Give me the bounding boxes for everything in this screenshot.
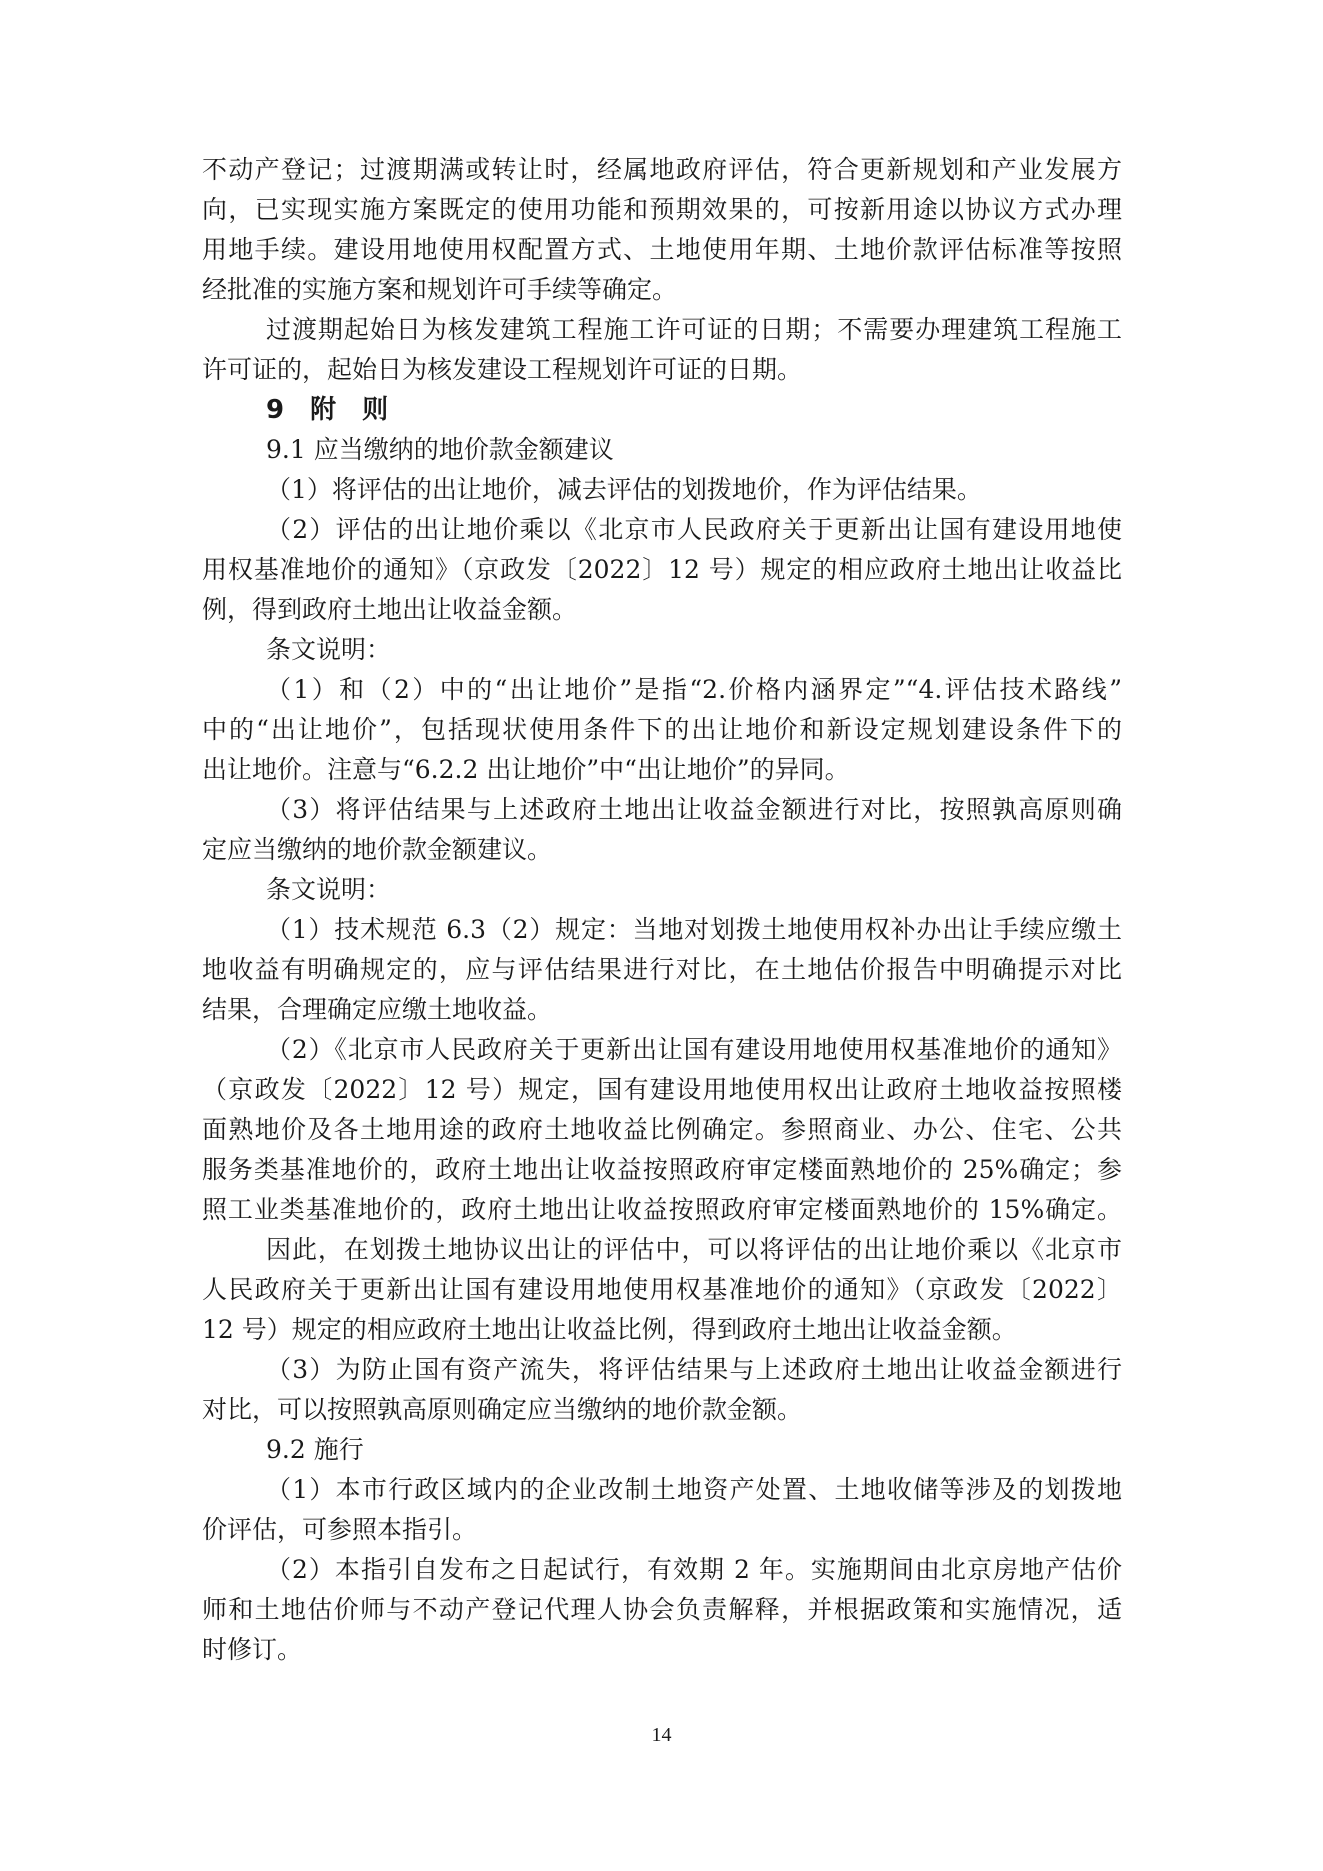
section-number: 9 bbox=[266, 395, 284, 425]
text-line: （1）将评估的出让地价，减去评估的划拨地价，作为评估结果。 bbox=[202, 470, 1122, 510]
text-line: 时修订。 bbox=[202, 1630, 1122, 1670]
text-line: 定应当缴纳的地价款金额建议。 bbox=[202, 830, 1122, 870]
text-line: 许可证的，起始日为核发建设工程规划许可证的日期。 bbox=[202, 350, 1122, 390]
text-line: 对比，可以按照孰高原则确定应当缴纳的地价款金额。 bbox=[202, 1390, 1122, 1430]
section-title-part1: 附 bbox=[310, 395, 336, 425]
text-line: （1）技术规范 6.3（2）规定：当地对划拨土地使用权补办出让手续应缴土 bbox=[202, 910, 1122, 950]
text-line: 过渡期起始日为核发建筑工程施工许可证的日期；不需要办理建筑工程施工 bbox=[202, 310, 1122, 350]
text-line: （2）《北京市人民政府关于更新出让国有建设用地使用权基准地价的通知》 bbox=[202, 1030, 1122, 1070]
subsection-heading: 9.2 施行 bbox=[202, 1430, 1122, 1470]
text-line: （1）本市行政区域内的企业改制土地资产处置、土地收储等涉及的划拨地 bbox=[202, 1470, 1122, 1510]
text-line: 师和土地估价师与不动产登记代理人协会负责解释，并根据政策和实施情况，适 bbox=[202, 1590, 1122, 1630]
text-line: 服务类基准地价的，政府土地出让收益按照政府审定楼面熟地价的 25%确定；参 bbox=[202, 1150, 1122, 1190]
text-line: （2）评估的出让地价乘以《北京市人民政府关于更新出让国有建设用地使 bbox=[202, 510, 1122, 550]
text-line: 用权基准地价的通知》（京政发〔2022〕12 号）规定的相应政府土地出让收益比 bbox=[202, 550, 1122, 590]
text-line: 经批准的实施方案和规划许可手续等确定。 bbox=[202, 270, 1122, 310]
text-line: 结果，合理确定应缴土地收益。 bbox=[202, 990, 1122, 1030]
document-body: 不动产登记；过渡期满或转让时，经属地政府评估，符合更新规划和产业发展方 向，已实… bbox=[202, 150, 1122, 1670]
text-line: 地收益有明确规定的，应与评估结果进行对比，在土地估价报告中明确提示对比 bbox=[202, 950, 1122, 990]
text-line: 例，得到政府土地出让收益金额。 bbox=[202, 590, 1122, 630]
page-number: 14 bbox=[0, 1724, 1323, 1747]
note-label: 条文说明： bbox=[202, 630, 1122, 670]
text-line: 价评估，可参照本指引。 bbox=[202, 1510, 1122, 1550]
text-line: 面熟地价及各土地用途的政府土地收益比例确定。参照商业、办公、住宅、公共 bbox=[202, 1110, 1122, 1150]
text-line: 人民政府关于更新出让国有建设用地使用权基准地价的通知》（京政发〔2022〕 bbox=[202, 1270, 1122, 1310]
text-line: （3）为防止国有资产流失，将评估结果与上述政府土地出让收益金额进行 bbox=[202, 1350, 1122, 1390]
text-line: 中的“出让地价”，包括现状使用条件下的出让地价和新设定规划建设条件下的 bbox=[202, 710, 1122, 750]
note-label: 条文说明： bbox=[202, 870, 1122, 910]
text-line: 向，已实现实施方案既定的使用功能和预期效果的，可按新用途以协议方式办理 bbox=[202, 190, 1122, 230]
section-title-part2: 则 bbox=[362, 395, 388, 425]
text-line: （2）本指引自发布之日起试行，有效期 2 年。实施期间由北京房地产估价 bbox=[202, 1550, 1122, 1590]
text-line: 用地手续。建设用地使用权配置方式、土地使用年期、土地价款评估标准等按照 bbox=[202, 230, 1122, 270]
text-line: （3）将评估结果与上述政府土地出让收益金额进行对比，按照孰高原则确 bbox=[202, 790, 1122, 830]
text-line: （1）和（2）中的“出让地价”是指“2.价格内涵界定”“4.评估技术路线” bbox=[202, 670, 1122, 710]
section-heading: 9附则 bbox=[202, 390, 1122, 430]
text-line: 照工业类基准地价的，政府土地出让收益按照政府审定楼面熟地价的 15%确定。 bbox=[202, 1190, 1122, 1230]
text-line: 因此，在划拨土地协议出让的评估中，可以将评估的出让地价乘以《北京市 bbox=[202, 1230, 1122, 1270]
subsection-heading: 9.1 应当缴纳的地价款金额建议 bbox=[202, 430, 1122, 470]
text-line: 不动产登记；过渡期满或转让时，经属地政府评估，符合更新规划和产业发展方 bbox=[202, 150, 1122, 190]
text-line: 12 号）规定的相应政府土地出让收益比例，得到政府土地出让收益金额。 bbox=[202, 1310, 1122, 1350]
text-line: （京政发〔2022〕12 号）规定，国有建设用地使用权出让政府土地收益按照楼 bbox=[202, 1070, 1122, 1110]
text-line: 出让地价。注意与“6.2.2 出让地价”中“出让地价”的异同。 bbox=[202, 750, 1122, 790]
